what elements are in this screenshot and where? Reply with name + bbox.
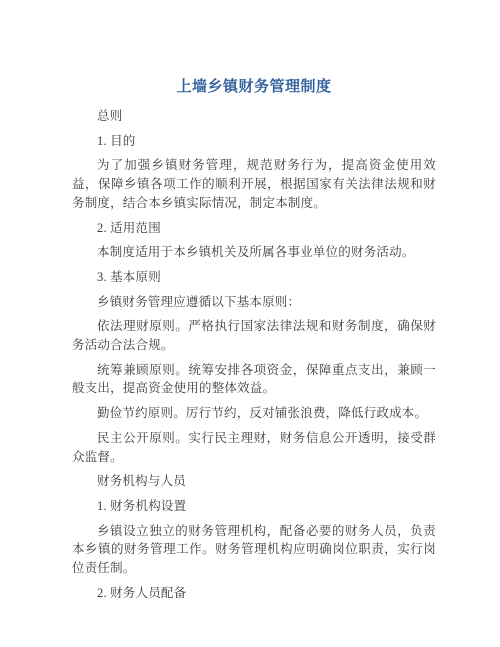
paragraph: 乡镇设立独立的财务管理机构，配备必要的财务人员，负责本乡镇的财务管理工作。财务管… bbox=[72, 522, 436, 578]
paragraph: 2. 适用范围 bbox=[72, 219, 436, 238]
paragraph: 民主公开原则。实行民主理财，财务信息公开透明，接受群众监督。 bbox=[72, 429, 436, 466]
document-body: 总则1. 目的为了加强乡镇财务管理，规范财务行为，提高资金使用效益，保障乡镇各项… bbox=[72, 107, 436, 602]
paragraph: 总则 bbox=[72, 107, 436, 126]
paragraph: 统筹兼顾原则。统筹安排各项资金，保障重点支出，兼顾一般支出，提高资金使用的整体效… bbox=[72, 361, 436, 398]
paragraph: 1. 目的 bbox=[72, 132, 436, 151]
paragraph: 乡镇财务管理应遵循以下基本原则： bbox=[72, 293, 436, 312]
paragraph: 1. 财务机构设置 bbox=[72, 497, 436, 516]
paragraph: 勤俭节约原则。厉行节约，反对铺张浪费，降低行政成本。 bbox=[72, 404, 436, 423]
document-title: 上墙乡镇财务管理制度 bbox=[72, 78, 436, 97]
paragraph: 本制度适用于本乡镇机关及所属各事业单位的财务活动。 bbox=[72, 243, 436, 262]
paragraph: 3. 基本原则 bbox=[72, 268, 436, 287]
paragraph: 2. 财务人员配备 bbox=[72, 584, 436, 603]
paragraph: 依法理财原则。严格执行国家法律法规和财务制度，确保财务活动合法合规。 bbox=[72, 317, 436, 354]
paragraph: 财务机构与人员 bbox=[72, 472, 436, 491]
paragraph: 为了加强乡镇财务管理，规范财务行为，提高资金使用效益，保障乡镇各项工作的顺利开展… bbox=[72, 156, 436, 212]
document-page: 上墙乡镇财务管理制度 总则1. 目的为了加强乡镇财务管理，规范财务行为，提高资金… bbox=[0, 0, 500, 647]
